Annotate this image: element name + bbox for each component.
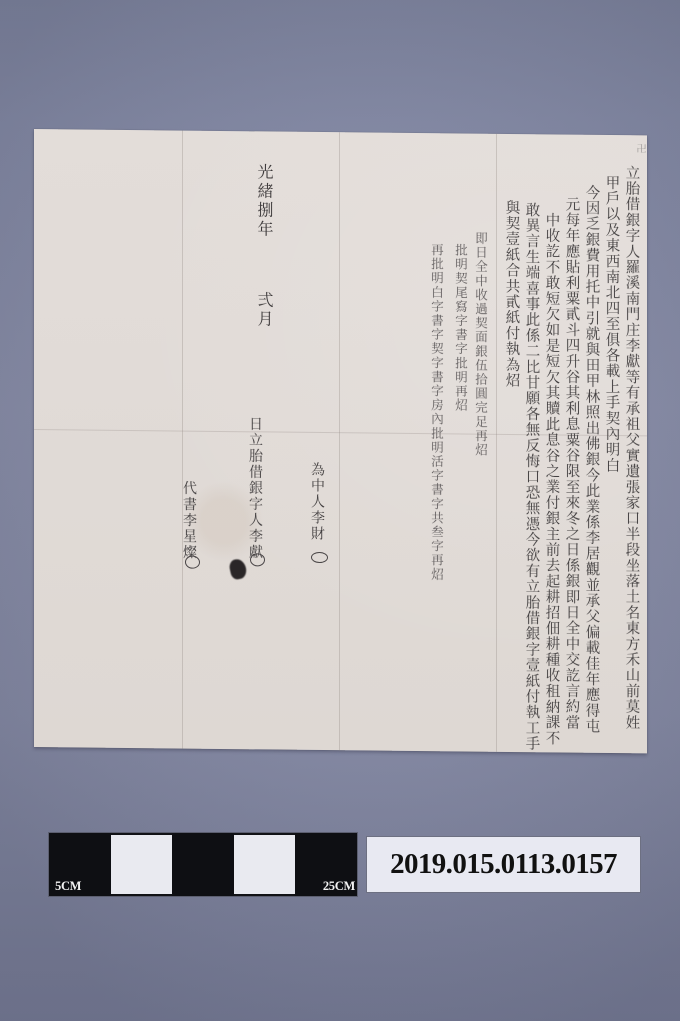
body-column-1: 立胎借銀字人羅溪南門庄李獻等有承祖父實遺張家口半段坐落土名東方禾山前莫姓 xyxy=(624,165,639,730)
accession-number: 2019.015.0113.0157 xyxy=(390,848,617,881)
note-appendix: 批明契尾寫字書字批明再炤 xyxy=(454,243,467,412)
date-month: 弍月 xyxy=(256,291,272,329)
corner-annotation: 卍 xyxy=(632,143,647,153)
accession-number-label: 2019.015.0113.0157 xyxy=(367,837,640,892)
note-received: 即日全中收過契面銀伍拾圓完足再炤 xyxy=(474,232,487,458)
scale-bar: 5CM 25CM xyxy=(49,833,357,896)
scale-segment-black: 25CM xyxy=(295,833,357,896)
fold-line xyxy=(182,131,183,749)
ink-blot xyxy=(228,558,248,581)
body-column-7: 與契壹紙合共貳紙付執為炤 xyxy=(504,200,519,389)
body-column-4: 元每年應貼利粟貳斗四升谷其利息粟谷限至來冬之日係銀即日全中交訖言約當 xyxy=(564,197,579,731)
date-era-year: 光緒捌年 xyxy=(256,163,272,239)
body-column-2: 甲戶以及東西南北四至俱各載上手契內明白 xyxy=(604,175,619,473)
scale-segment-white xyxy=(111,835,173,894)
scribe-seal xyxy=(185,556,200,569)
body-column-6: 敢異言生端喜事此係二比甘願各無反悔口恐無憑今欲有立胎借銀字壹紙付執工手 xyxy=(524,202,539,752)
contract-document: 卍 立胎借銀字人羅溪南門庄李獻等有承祖父實遺張家口半段坐落土名東方禾山前莫姓 甲… xyxy=(34,129,647,753)
middleman-signature: 為中人李財 xyxy=(310,462,324,542)
body-column-5: 中收訖不敢短欠如是短欠其贖此息谷之業付銀主前去起耕招佃耕種收租納課不 xyxy=(544,212,559,746)
body-column-3: 今因乏銀費用托中引就與田甲林照出佛銀今此業係李居觀並承父偏載佳年應得屯 xyxy=(584,185,599,735)
note-corrections: 再批明白字書字契字書字房內批明活字書字共叁字再炤 xyxy=(430,243,443,582)
middleman-seal xyxy=(311,552,328,563)
borrower-signature: 日立胎借銀字人李獻 xyxy=(248,416,262,560)
scale-label-5cm: 5CM xyxy=(55,879,81,894)
scribe-signature: 代書李星燦 xyxy=(182,481,196,561)
scale-segment-black xyxy=(172,833,234,896)
scale-label-25cm: 25CM xyxy=(323,879,355,894)
borrower-seal xyxy=(250,553,265,566)
scale-segment-black: 5CM xyxy=(49,833,111,896)
scale-segment-white xyxy=(234,835,296,894)
fold-line xyxy=(339,132,340,750)
fold-line xyxy=(496,134,497,752)
